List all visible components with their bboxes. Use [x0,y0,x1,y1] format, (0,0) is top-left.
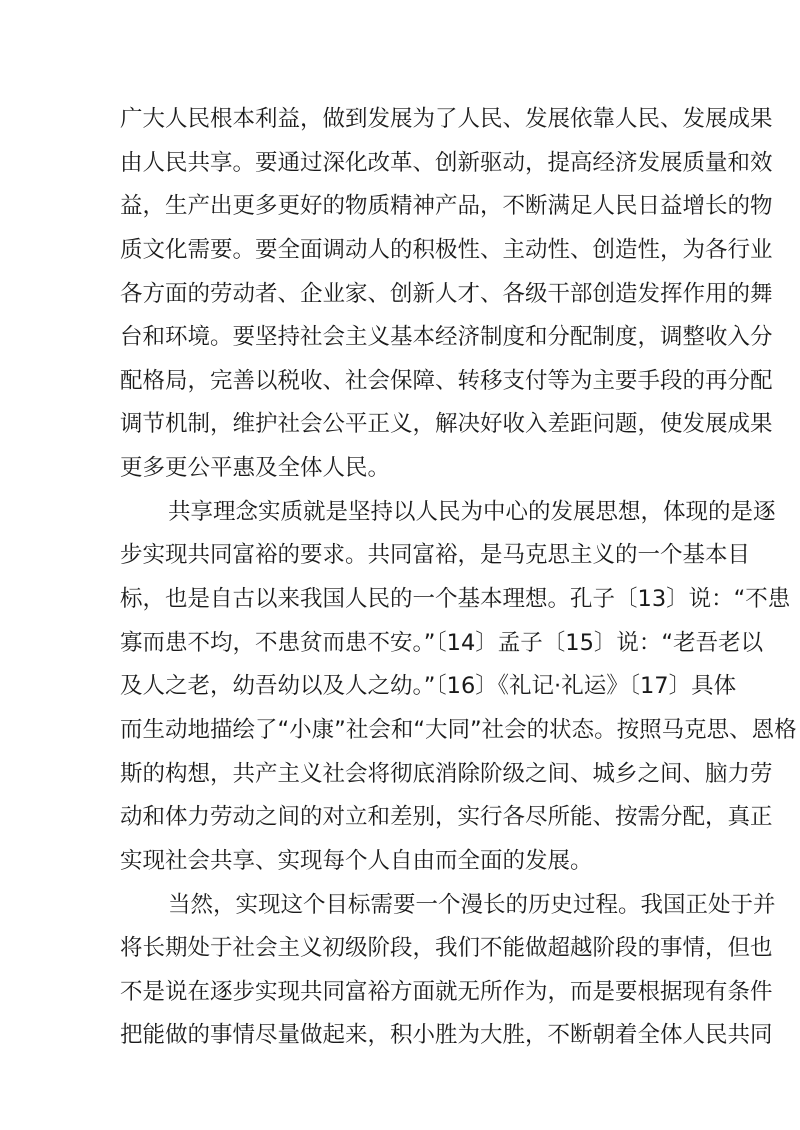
text-line: 步实现共同富裕的要求。共同富裕，是马克思主义的一个基本目 [120,534,668,578]
text-line-first: 共享理念实质就是坚持以人民为中心的发展思想，体现的是逐 [120,491,668,535]
text-line: 调节机制，维护社会公平正义，解决好收入差距问题，使发展成果 [120,403,668,447]
text-line: 斯的构想，共产主义社会将彻底消除阶级之间、城乡之间、脑力劳 [120,753,668,797]
text-line: 益，生产出更多更好的物质精神产品，不断满足人民日益增长的物 [120,185,668,229]
paragraph-1: 广大人民根本利益，做到发展为了人民、发展依靠人民、发展成果 由人民共享。要通过深… [120,98,668,491]
text-line: 各方面的劳动者、企业家、创新人才、各级干部创造发挥作用的舞 [120,273,668,317]
text-line: 而生动地描绘了“小康”社会和“大同”社会的状态。按照马克思、恩格 [120,709,668,753]
paragraph-3: 当然，实现这个目标需要一个漫长的历史过程。我国正处于并 将长期处于社会主义初级阶… [120,884,668,1059]
text-line: 寡而患不均，不患贫而患不安。”〔14〕孟子〔15〕说：“老吾老以 [120,622,668,666]
text-line: 及人之老，幼吾幼以及人之幼。”〔16〕《礼记·礼运》〔17〕具体 [120,665,668,709]
text-line: 将长期处于社会主义初级阶段，我们不能做超越阶段的事情，但也 [120,927,668,971]
document-page: 广大人民根本利益，做到发展为了人民、发展依靠人民、发展成果 由人民共享。要通过深… [120,98,668,1058]
text-line: 实现社会共享、实现每个人自由而全面的发展。 [120,840,668,884]
text-line: 标，也是自古以来我国人民的一个基本理想。孔子〔13〕说：“不患 [120,578,668,622]
text-line: 配格局，完善以税收、社会保障、转移支付等为主要手段的再分配 [120,360,668,404]
text-line: 动和体力劳动之间的对立和差别，实行各尽所能、按需分配，真正 [120,796,668,840]
text-line: 台和环境。要坚持社会主义基本经济制度和分配制度，调整收入分 [120,316,668,360]
text-line: 广大人民根本利益，做到发展为了人民、发展依靠人民、发展成果 [120,98,668,142]
text-line: 把能做的事情尽量做起来，积小胜为大胜，不断朝着全体人民共同 [120,1014,668,1058]
text-line: 更多更公平惠及全体人民。 [120,447,668,491]
text-line: 由人民共享。要通过深化改革、创新驱动，提高经济发展质量和效 [120,142,668,186]
paragraph-2: 共享理念实质就是坚持以人民为中心的发展思想，体现的是逐 步实现共同富裕的要求。共… [120,491,668,884]
text-line-first: 当然，实现这个目标需要一个漫长的历史过程。我国正处于并 [120,884,668,928]
text-line: 不是说在逐步实现共同富裕方面就无所作为，而是要根据现有条件 [120,971,668,1015]
text-line: 质文化需要。要全面调动人的积极性、主动性、创造性，为各行业 [120,229,668,273]
